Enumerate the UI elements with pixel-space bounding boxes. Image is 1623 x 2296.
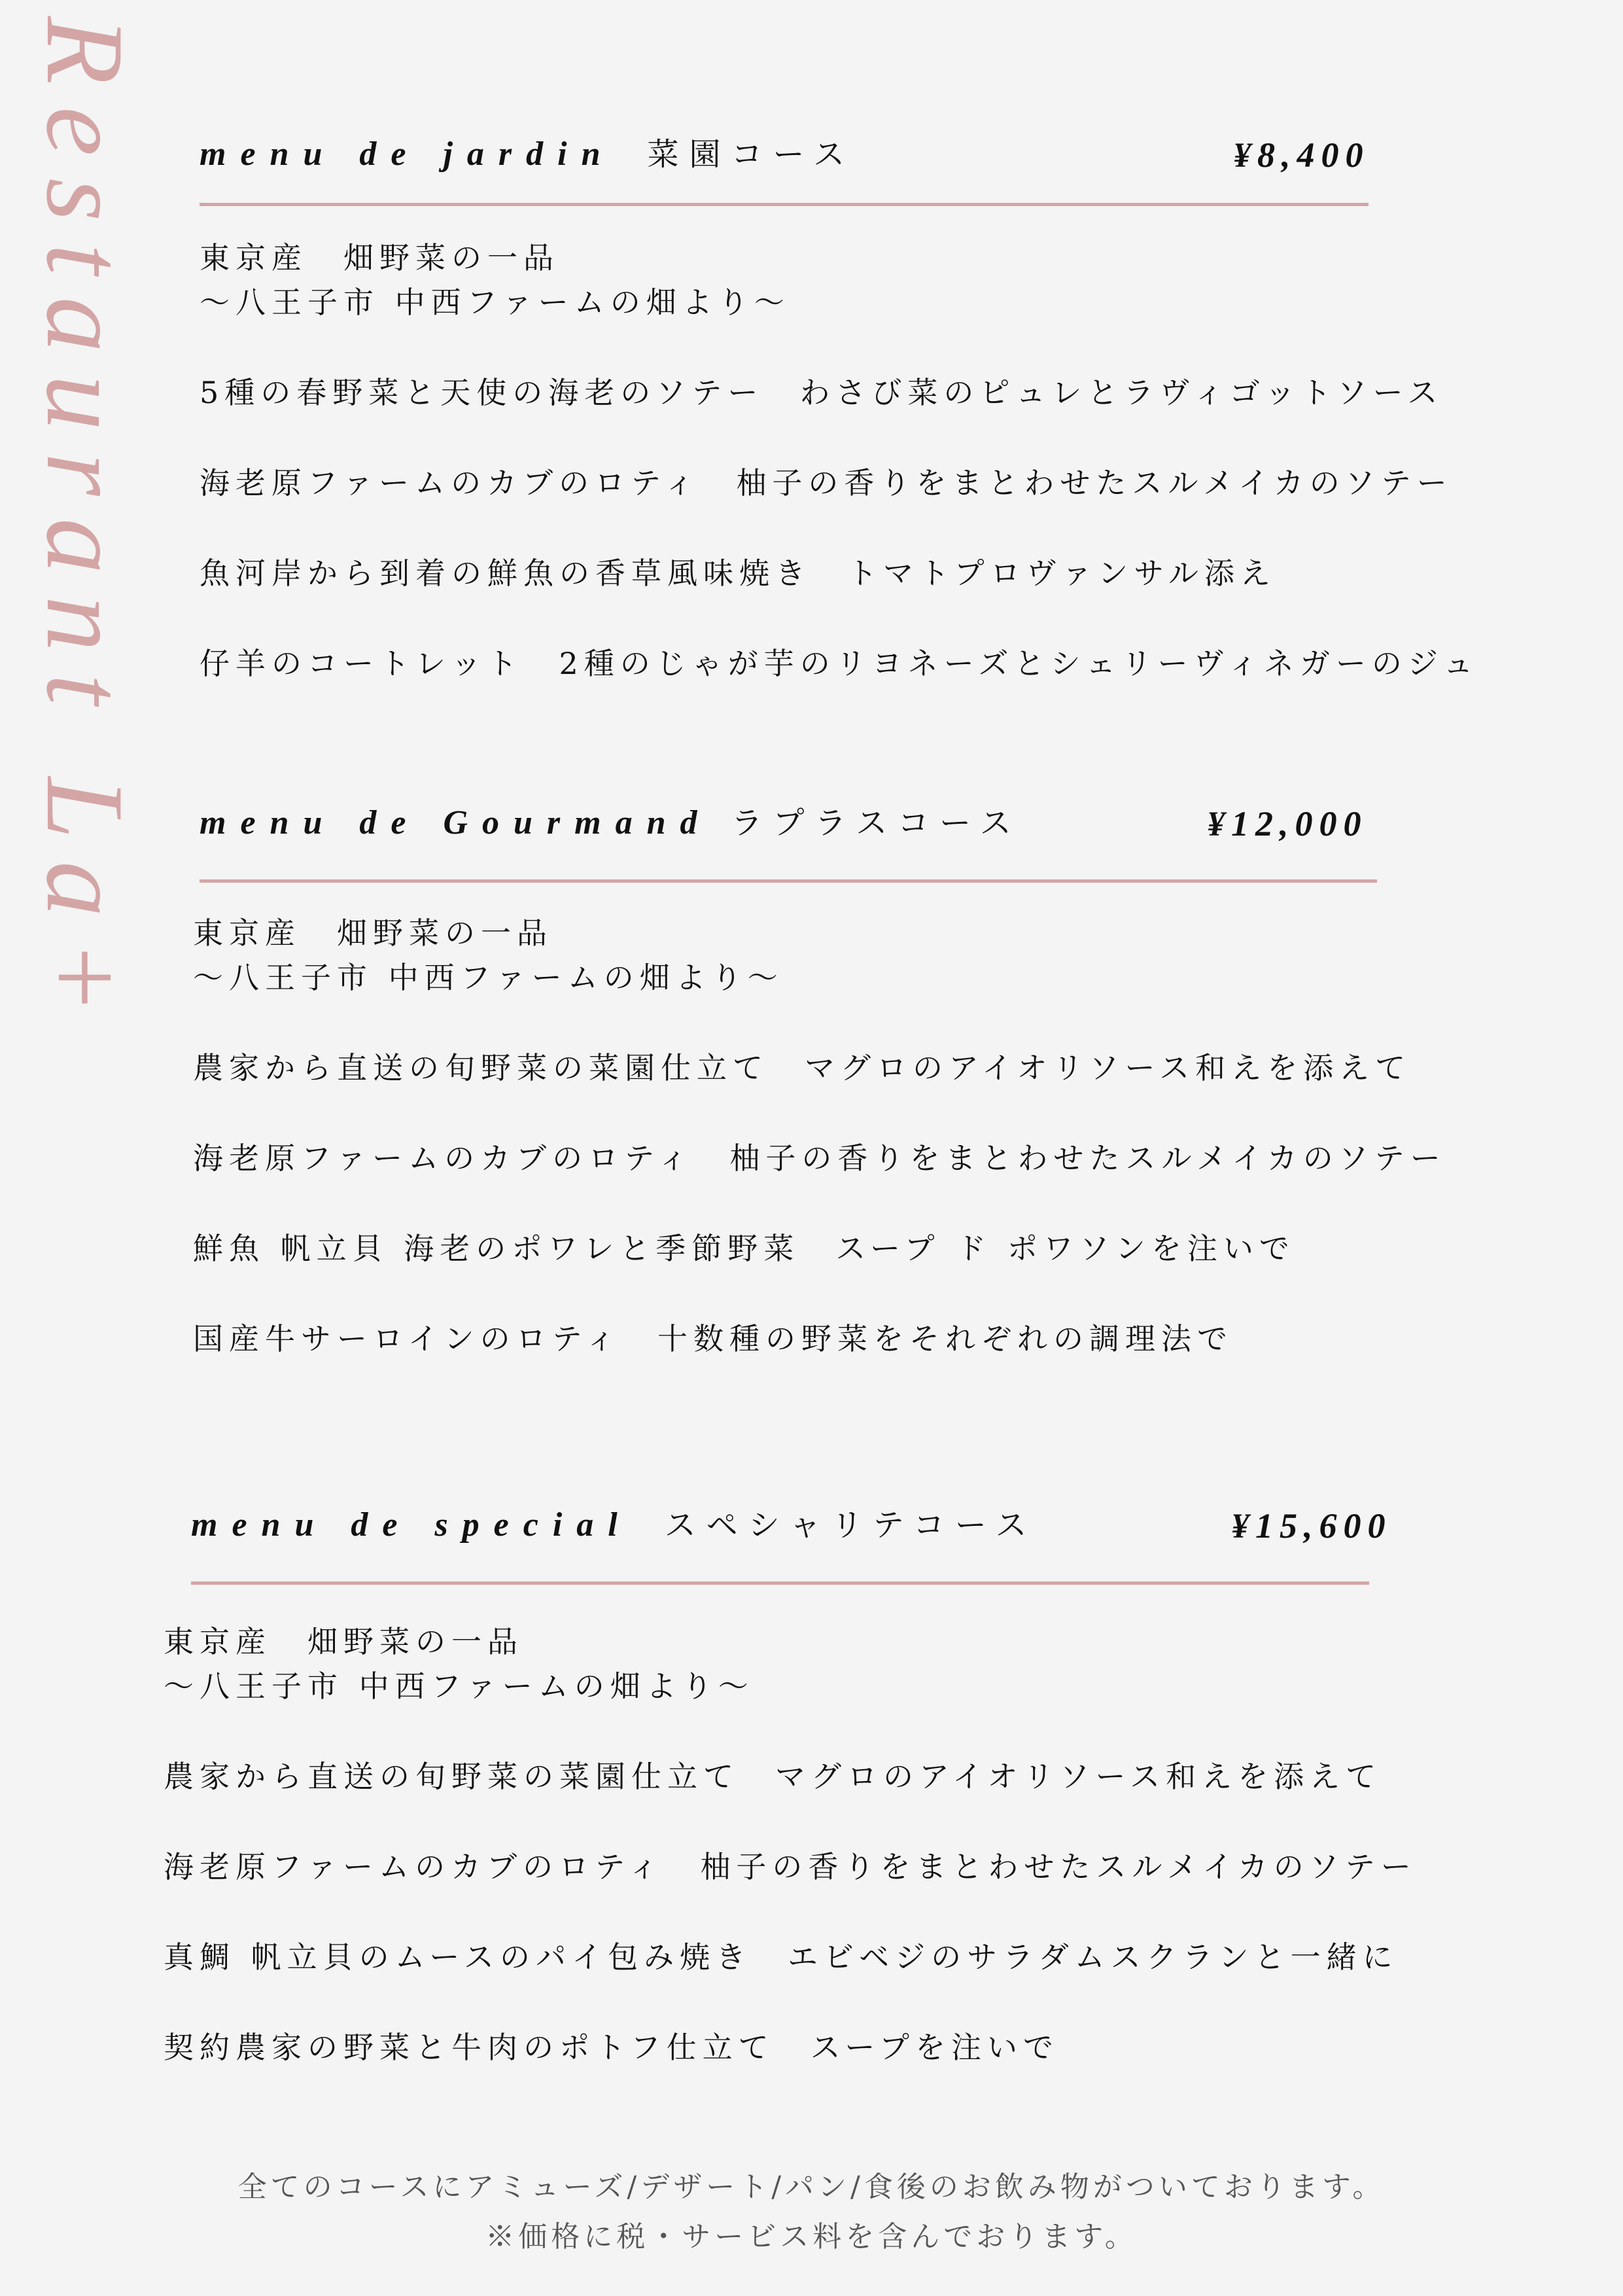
course-price: ¥15,600 [1231,1508,1392,1544]
menu-item: 海老原ファームのカブのロティ 柚子の香りをまとわせたスルメイカのソテー [164,1845,1417,1889]
menu-item: 契約農家の野菜と牛肉のポトフ仕立て スープを注いで [164,2025,1417,2070]
menu-item: 海老原ファームのカブのロティ 柚子の香りをまとわせたスルメイカのソテー [200,461,1479,505]
menu-item: 鮮魚 帆立貝 海老のポワレと季節野菜 スープ ド ポワソンを注いで [193,1226,1446,1271]
footer-tax-note: ※価格に税・サービス料を含んでおります。 [0,2212,1623,2262]
course-name-fr: menu de special [191,1506,632,1544]
menu-item: 仔羊のコートレット 2種のじゃが芋のリヨネーズとシェリーヴィネガーのジュ [200,641,1479,686]
divider [200,203,1369,206]
course-items: 東京産 畑野菜の一品～八王子市 中西ファームの畑より～ 農家から直送の旬野菜の菜… [193,911,1446,1407]
menu-item: 真鯛 帆立貝のムースのパイ包み焼き エビベジのサラダムスクランと一緒に [164,1935,1417,1979]
course-heading: menu de Gourmandラプラスコース [200,806,1022,840]
course-heading: menu de jardin菜園コース [200,137,855,171]
menu-item: 国産牛サーロインのロティ 十数種の野菜をそれぞれの調理法で [193,1316,1446,1361]
divider [200,879,1377,883]
course-name-jp: スペシャリテコース [665,1507,1038,1544]
course-name-jp: ラプラスコース [731,805,1022,841]
menu-item: 東京産 畑野菜の一品～八王子市 中西ファームの畑より～ [200,236,1479,325]
course-price: ¥12,000 [1207,806,1368,841]
divider [191,1581,1369,1585]
menu-item: 東京産 畑野菜の一品～八王子市 中西ファームの畑より～ [164,1619,1417,1708]
menu-item: 農家から直送の旬野菜の菜園仕立て マグロのアイオリソース和えを添えて [164,1754,1417,1799]
course-heading: menu de specialスペシャリテコース [191,1508,1038,1542]
course-name-fr: menu de Gourmand [200,804,712,841]
menu-item: 東京産 畑野菜の一品～八王子市 中西ファームの畑より～ [193,911,1446,1000]
restaurant-logo-vertical: Restaurant La+ [29,16,141,1036]
footer-notes: 全てのコースにアミューズ/デザート/パン/食後のお飲み物がついております。 ※価… [0,2163,1623,2262]
course-items: 東京産 畑野菜の一品～八王子市 中西ファームの畑より～ 5種の春野菜と天使の海老… [200,236,1479,732]
menu-item: 農家から直送の旬野菜の菜園仕立て マグロのアイオリソース和えを添えて [193,1046,1446,1090]
course-items: 東京産 畑野菜の一品～八王子市 中西ファームの畑より～ 農家から直送の旬野菜の菜… [164,1619,1417,2115]
menu-item: 魚河岸から到着の鮮魚の香草風味焼き トマトプロヴァンサル添え [200,551,1479,595]
menu-item: 海老原ファームのカブのロティ 柚子の香りをまとわせたスルメイカのソテー [193,1136,1446,1180]
footer-included-note: 全てのコースにアミューズ/デザート/パン/食後のお飲み物がついております。 [0,2163,1623,2212]
course-name-jp: 菜園コース [648,136,856,173]
course-name-fr: menu de jardin [200,135,615,173]
course-price: ¥8,400 [1233,137,1370,173]
menu-item: 5種の春野菜と天使の海老のソテー わさび菜のピュレとラヴィゴットソース [200,370,1479,415]
